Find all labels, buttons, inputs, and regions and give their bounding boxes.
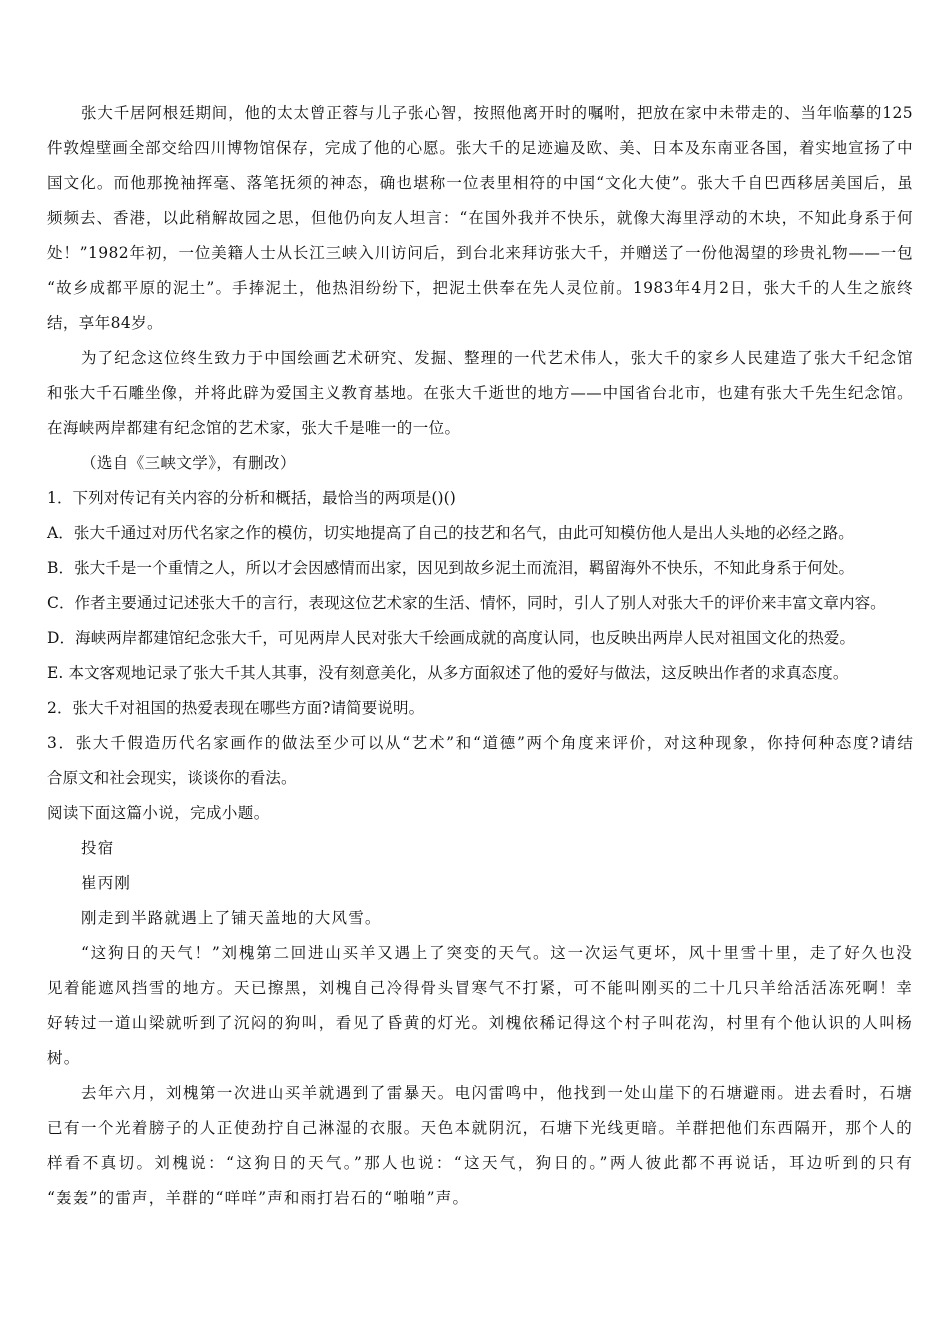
option-a: A．张大千通过对历代名家之作的模仿，切实地提高了自己的技艺和名气，由此可知模仿他… xyxy=(47,516,913,551)
passage1-paragraph-1: 张大千居阿根廷期间，他的太太曾正蓉与儿子张心智，按照他离开时的嘱咐，把放在家中未… xyxy=(47,96,913,341)
option-b: B．张大千是一个重情之人，所以才会因感情而出家，因见到故乡泥土而流泪，羁留海外不… xyxy=(47,551,913,586)
story-paragraph-1: 刚走到半路就遇上了铺天盖地的大风雪。 xyxy=(47,901,913,936)
text-line: 张大千居阿根廷期间，他的太太曾正蓉与儿子张心智，按照他离开时的嘱咐，把放在家中未… xyxy=(47,96,913,131)
text-line: 处！”1982年初，一位美籍人士从长江三峡入川访问后，到台北来拜访张大千，并赠送… xyxy=(47,236,913,271)
text-line: 见着能遮风挡雪的地方。天已擦黑，刘槐自己冷得骨头冒寒气不打紧，可不能叫刚买的二十… xyxy=(47,971,913,1006)
question-2: 2．张大千对祖国的热爱表现在哪些方面?请简要说明。 xyxy=(47,691,913,726)
text-line: 结，享年84岁。 xyxy=(47,306,913,341)
passage1-paragraph-2: 为了纪念这位终生致力于中国绘画艺术研究、发掘、整理的一代艺术伟人，张大千的家乡人… xyxy=(47,341,913,446)
text-line: 样看不真切。刘槐说：“这狗日的天气。”那人也说：“这天气，狗日的。”两人彼此都不… xyxy=(47,1146,913,1181)
text-line: 频频去、香港，以此稍解故园之思，但他仍向友人坦言：“在国外我并不快乐，就像大海里… xyxy=(47,201,913,236)
text-line: 已有一个光着膀子的人正使劲拧自己淋湿的衣服。天色本就阴沉，石塘下光线更暗。羊群把… xyxy=(47,1111,913,1146)
text-line: “轰轰”的雷声，羊群的“咩咩”声和雨打岩石的“啪啪”声。 xyxy=(47,1181,913,1216)
option-d: D．海峡两岸都建馆纪念张大千，可见两岸人民对张大千绘画成就的高度认同，也反映出两… xyxy=(47,621,913,656)
text-line: “故乡成都平原的泥土”。手捧泥土，他热泪纷纷下，把泥土供奉在先人灵位前。1983… xyxy=(47,271,913,306)
text-line: 树。 xyxy=(47,1041,913,1076)
text-line: 去年六月，刘槐第一次进山买羊就遇到了雷暴天。电闪雷鸣中，他找到一处山崖下的石塘避… xyxy=(47,1076,913,1111)
option-e: E. 本文客观地记录了张大千其人其事，没有刻意美化，从多方面叙述了他的爱好与做法… xyxy=(47,656,913,691)
text-line: 在海峡两岸都建有纪念馆的艺术家，张大千是唯一的一位。 xyxy=(47,411,913,446)
text-line: 国文化。而他那挽袖挥毫、落笔抚须的神态，确也堪称一位表里相符的中国“文化大使”。… xyxy=(47,166,913,201)
text-line: 和张大千石雕坐像，并将此辟为爱国主义教育基地。在张大千逝世的地方——中国省台北市… xyxy=(47,376,913,411)
story-paragraph-3: 去年六月，刘槐第一次进山买羊就遇到了雷暴天。电闪雷鸣中，他找到一处山崖下的石塘避… xyxy=(47,1076,913,1216)
source-citation: （选自《三峡文学》，有删改） xyxy=(47,446,913,481)
option-c: C．作者主要通过记述张大千的言行，表现这位艺术家的生活、情怀，同时，引人了别人对… xyxy=(47,586,913,621)
story: 投宿 崔丙刚 刚走到半路就遇上了铺天盖地的大风雪。 “这狗日的天气！”刘槐第二回… xyxy=(47,831,913,1216)
story-author: 崔丙刚 xyxy=(47,866,913,901)
text-line: 好转过一道山梁就听到了沉闷的狗叫，看见了昏黄的灯光。刘槐依稀记得这个村子叫花沟，… xyxy=(47,1006,913,1041)
story-paragraph-2: “这狗日的天气！”刘槐第二回进山买羊又遇上了突变的天气。这一次运气更坏，风十里雪… xyxy=(47,936,913,1076)
document-page: 张大千居阿根廷期间，他的太太曾正蓉与儿子张心智，按照他离开时的嘱咐，把放在家中未… xyxy=(47,96,913,1216)
question-stem: 3．张大千假造历代名家画作的做法至少可以从“艺术”和“道德”两个角度来评价，对这… xyxy=(47,726,913,761)
question-stem-continued: 合原文和社会现实，谈谈你的看法。 xyxy=(47,761,913,796)
question-3: 3．张大千假造历代名家画作的做法至少可以从“艺术”和“道德”两个角度来评价，对这… xyxy=(47,726,913,796)
question-1: 1．下列对传记有关内容的分析和概括，最恰当的两项是()() A．张大千通过对历代… xyxy=(47,481,913,691)
story-title: 投宿 xyxy=(47,831,913,866)
text-line: “这狗日的天气！”刘槐第二回进山买羊又遇上了突变的天气。这一次运气更坏，风十里雪… xyxy=(47,936,913,971)
question-stem: 1．下列对传记有关内容的分析和概括，最恰当的两项是()() xyxy=(47,481,913,516)
text-line: 件敦煌壁画全部交给四川博物馆保存，完成了他的心愿。张大千的足迹遍及欧、美、日本及… xyxy=(47,131,913,166)
passage2-intro: 阅读下面这篇小说，完成小题。 xyxy=(47,796,913,831)
question-stem: 2．张大千对祖国的热爱表现在哪些方面?请简要说明。 xyxy=(47,691,913,726)
text-line: 为了纪念这位终生致力于中国绘画艺术研究、发掘、整理的一代艺术伟人，张大千的家乡人… xyxy=(47,341,913,376)
